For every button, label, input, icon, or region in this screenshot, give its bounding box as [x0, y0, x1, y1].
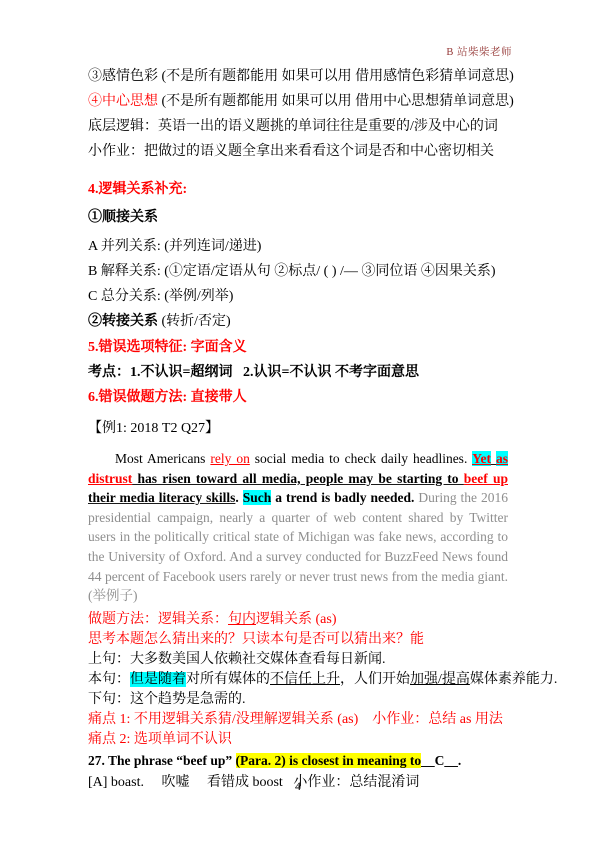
as-highlight: as — [496, 451, 508, 466]
pain-point-1-line: 痛点 1: 不用逻辑关系猜/没理解逻辑关系 (as) 小作业：总结 as 用法 — [88, 710, 508, 730]
theme-note: (不是所有题都能用 如果可以用 借用中心思想猜单词意思) — [158, 94, 514, 109]
trend-seg: a trend is badly needed. — [271, 490, 414, 505]
theme-label: ④中心思想 — [88, 94, 158, 109]
emotion-label: ③感情色彩 — [88, 69, 158, 84]
underlying-logic-line: 底层逻辑：英语一出的语义题挑的单词往往是重要的/涉及中心的词 — [88, 114, 508, 139]
cur-label: 本句： — [88, 672, 130, 687]
para-seg-1: Most Americans — [115, 451, 210, 466]
question-line: 27. The phrase “beef up” (Para. 2) is cl… — [88, 750, 508, 772]
cur-seg-1: 对所有媒体的 — [186, 672, 270, 687]
item-parallel-relation: A 并列关系: (并列连词/递进) — [88, 234, 508, 259]
subheading-zhuanjie: ②转接关系 (转折/否定) — [88, 309, 508, 334]
emotion-note: (不是所有题都能用 如果可以用 借用感情色彩猜单词意思) — [158, 69, 514, 84]
note-line-theme: ④中心思想 (不是所有题都能用 如果可以用 借用中心思想猜单词意思) — [88, 89, 508, 114]
subheading-shunjie: ①顺接关系 — [88, 205, 508, 230]
sentence-mid: has risen toward all media, people may b… — [132, 471, 464, 486]
cur-seg-2: ，人们开始 — [340, 672, 410, 687]
method-underlined: 句内 — [228, 612, 256, 627]
distrust-red: distrust — [88, 471, 132, 486]
gray-context-text: During the 2016 presidential campaign, n… — [88, 490, 508, 603]
note-line-emotion: ③感情色彩 (不是所有题都能用 如果可以用 借用感情色彩猜单词意思) — [88, 64, 508, 89]
item-zongfen-relation: C 总分关系: (举例/列举) — [88, 284, 508, 309]
beef-up-red: beef up — [464, 471, 508, 486]
prev-sentence-line: 上句：大多数美国人依赖社交媒体查看每日新闻. — [88, 650, 508, 670]
kaodian-line: 考点：1.不认识=超纲词 2.认识=不认识 不考字面意思 — [88, 360, 508, 385]
example-title: 【例1: 2018 T2 Q27】 — [88, 416, 508, 441]
think-line: 思考本题怎么猜出来的？只读本句是否可以猜出来？能 — [88, 630, 508, 650]
question-answer-blank: __C__. — [421, 753, 461, 768]
author-watermark: B 站柴柴老师 — [446, 44, 512, 59]
strengthen-cn-underlined: 加强/提高 — [410, 672, 470, 687]
example-paragraph: Most Americans rely on social media to c… — [88, 449, 508, 606]
question-highlight: (Para. 2) is closest in meaning to — [236, 753, 422, 768]
para-seg-2: social media to check daily headlines. — [250, 451, 472, 466]
item-explain-relation: B 解释关系: (①定语/定语从句 ②标点/ ( ) /— ③同位语 ④因果关系… — [88, 259, 508, 284]
section4-heading: 4.逻辑关系补充: — [88, 177, 508, 202]
danshi-suizhe-highlight: 但是随着 — [130, 672, 186, 687]
question-pre: 27. The phrase “beef up” — [88, 753, 236, 768]
method-seg-1: 做题方法：逻辑关系： — [88, 612, 228, 627]
sentence-tail: their media literacy skills — [88, 490, 235, 505]
such-highlight: Such — [243, 490, 272, 505]
zhuanjie-note: (转折/否定) — [158, 314, 231, 329]
section6-heading: 6.错误做题方法: 直接带人 — [88, 385, 508, 410]
distrust-cn-underlined: 不信任上升 — [270, 672, 340, 687]
homework-line: 小作业：把做过的语义题全拿出来看看这个词是否和中心密切相关 — [88, 139, 508, 164]
section5-heading: 5.错误选项特征: 字面含义 — [88, 335, 508, 360]
document-page: B 站柴柴老师 ③感情色彩 (不是所有题都能用 如果可以用 借用感情色彩猜单词意… — [0, 0, 596, 842]
method-seg-2: 逻辑关系 (as) — [256, 612, 337, 627]
next-sentence-line: 下句：这个趋势是急需的. — [88, 690, 508, 710]
zhuanjie-label: ②转接关系 — [88, 314, 158, 329]
pain-point-2-line: 痛点 2: 选项单词不认识 — [88, 730, 508, 750]
method-line: 做题方法：逻辑关系：句内逻辑关系 (as) — [88, 610, 508, 630]
yet-highlight: Yet — [472, 451, 491, 466]
period-seg: . — [235, 490, 242, 505]
cur-seg-3: 媒体素养能力. — [470, 672, 558, 687]
page-number: 4 — [0, 779, 596, 794]
current-sentence-line: 本句：但是随着对所有媒体的不信任上升，人们开始加强/提高媒体素养能力. — [88, 670, 508, 690]
rely-on-underlined: rely on — [210, 451, 249, 466]
page-content: ③感情色彩 (不是所有题都能用 如果可以用 借用感情色彩猜单词意思) ④中心思想… — [88, 64, 508, 794]
